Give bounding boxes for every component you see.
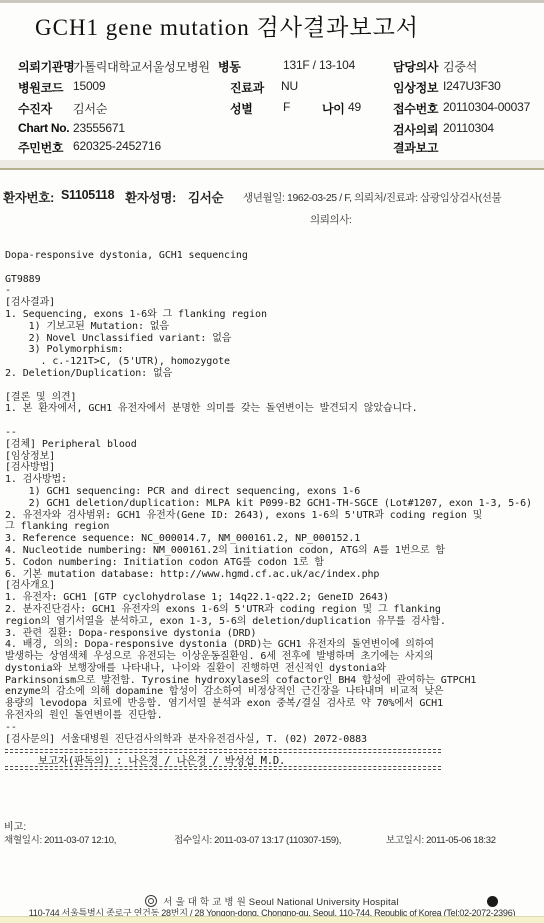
clinical-info-value: I247U3F30 <box>443 79 501 93</box>
birth-info: 생년월일: 1962-03-25 / F, 의뢰처/진료과: 삼광임상검사(선불 <box>243 190 501 205</box>
sex-value: F <box>283 100 290 114</box>
age-value: 49 <box>348 100 361 114</box>
referring-doctor-label: 의뢰의사: <box>310 212 352 227</box>
receipt-time: 접수일시: 2011-03-07 13:17 (110307-159), <box>174 832 341 846</box>
patient-no-label: 환자번호: <box>3 188 54 206</box>
scanned-report-page: GCH1 gene mutation 검사결과보고서 의뢰기관명 가톨릭대학교서… <box>0 0 544 923</box>
patient-name-label: 환자성명: <box>125 188 176 206</box>
patient-name-value: 김서순 <box>188 188 223 206</box>
chart-no-value: 23555671 <box>73 121 125 135</box>
receipt-no-label: 접수번호 <box>393 100 438 117</box>
hospital-code-value: 15009 <box>73 79 105 93</box>
page-title: GCH1 gene mutation 검사결과보고서 <box>35 9 419 42</box>
sex-label: 성별 <box>230 100 253 117</box>
patient-no-value: S1105118 <box>61 188 114 202</box>
age-label: 나이 <box>322 100 345 117</box>
hospital-code-label: 병원코드 <box>18 79 63 96</box>
org-value: 가톨릭대학교서울성모병원 <box>73 58 210 75</box>
doctor-label: 담당의사 <box>393 58 438 75</box>
result-report-label: 결과보고 <box>393 139 438 156</box>
reporter-separator-bottom <box>5 766 441 770</box>
report-time: 보고일시: 2011-05-06 18:32 <box>386 832 496 846</box>
bottom-strip <box>0 916 544 923</box>
resident-no-value: 620325-2452716 <box>73 139 161 153</box>
report-body-text: Dopa-responsive dystonia, GCH1 sequencin… <box>5 250 544 745</box>
dept-label: 진료과 <box>230 79 264 96</box>
ward-value: 131F / 13-104 <box>283 58 355 72</box>
top-edge-line <box>0 0 544 3</box>
remarks-label: 비고: <box>4 818 26 833</box>
org-label: 의뢰기관명 <box>18 58 74 75</box>
chart-no-label: Chart No. <box>18 121 69 135</box>
resident-no-label: 주민번호 <box>18 139 63 156</box>
receipt-no-value: 20110304-00037 <box>443 100 530 114</box>
dept-value: NU <box>281 79 298 93</box>
patient-label: 수진자 <box>18 100 52 117</box>
separator-band <box>0 160 544 170</box>
test-request-label: 검사의뢰 <box>393 121 438 138</box>
patient-value: 김서순 <box>73 100 107 117</box>
draw-time: 채혈일시: 2011-03-07 12:10, <box>4 832 116 846</box>
clinical-info-label: 임상정보 <box>393 79 438 96</box>
ward-label: 병동 <box>218 58 241 75</box>
test-request-value: 20110304 <box>443 121 494 135</box>
patient-bar: 환자번호: S1105118 환자성명: 김서순 생년월일: 1962-03-2… <box>0 184 544 230</box>
doctor-value: 김중석 <box>443 58 477 75</box>
